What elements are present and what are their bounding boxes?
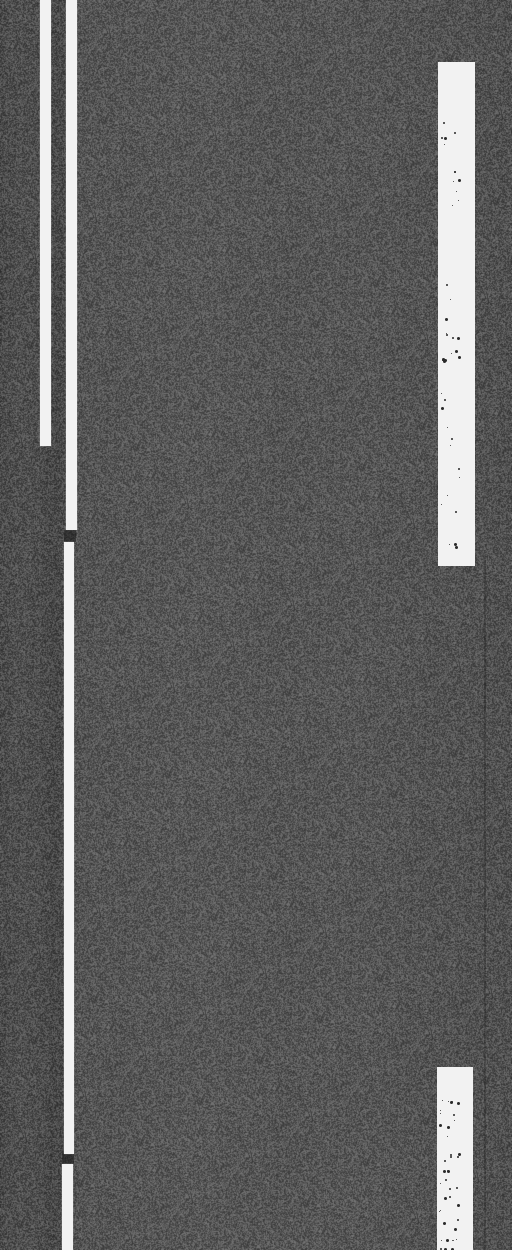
line-gap-patch: [64, 530, 76, 542]
left-inner-solid-line-middle: [64, 542, 74, 1154]
pavement-crack: [484, 560, 486, 1250]
left-outer-solid-line: [40, 0, 51, 446]
left-inner-solid-line-lower: [62, 1164, 73, 1250]
road-surface: [0, 0, 512, 1250]
left-inner-solid-line-upper: [66, 0, 77, 530]
line-gap-patch-2: [62, 1154, 74, 1164]
